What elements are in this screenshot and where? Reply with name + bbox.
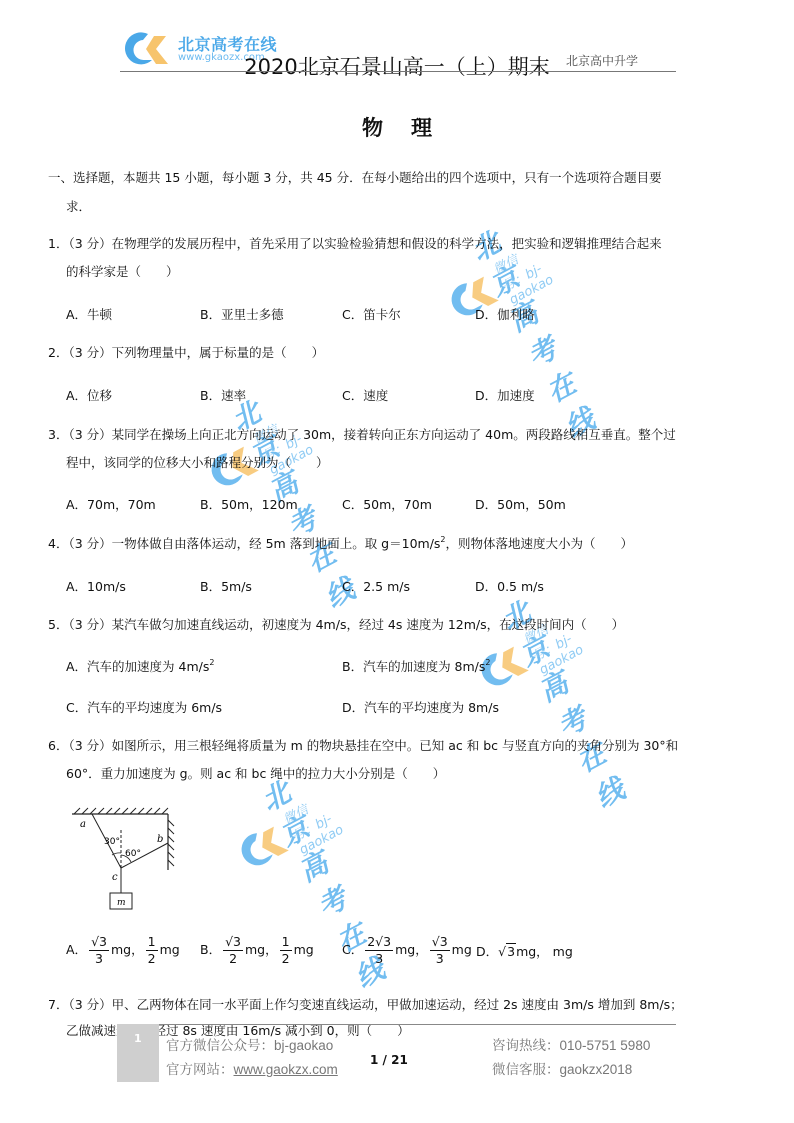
watermark-subtitle: 微信号：bj-gaokao — [279, 789, 346, 858]
question-5-text: 5．（3 分）某汽车做匀加速直线运动，初速度为 4m/s，经过 4s 速度为 1… — [48, 617, 624, 633]
numerator: √3 — [223, 934, 243, 951]
option-suffix: mg — [294, 942, 314, 957]
brand-right-text: 北京高中升学 — [566, 52, 638, 69]
footer-service: 微信客服：gaokzx2018 — [492, 1058, 632, 1078]
option-suffix: mg — [452, 942, 472, 957]
numerator: 1 — [146, 934, 158, 951]
question-5-option-c[interactable]: C．汽车的平均速度为 6m/s — [66, 698, 222, 716]
option-prefix: A． — [66, 942, 87, 957]
option-mid: mg， — [245, 942, 278, 957]
question-4-text-b: ，则物体落地速度大小为（ ） — [446, 536, 634, 551]
website-link[interactable]: www.gaokzx.com — [234, 1062, 338, 1077]
question-3-option-d[interactable]: D．50m，50m — [475, 495, 566, 513]
question-6-option-a[interactable]: A．√33mg，12mg — [66, 934, 180, 967]
question-2-text: 2．（3 分）下列物理量中，属于标量的是（ ） — [48, 345, 324, 361]
angle-60: 60° — [125, 849, 141, 859]
page-tab-number: 1 — [134, 1032, 142, 1045]
option-prefix: D． — [476, 944, 498, 959]
question-1-option-d[interactable]: D．伽利略 — [475, 305, 535, 323]
section-instructions-cont: 求． — [66, 199, 91, 215]
option-text: A．汽车的加速度为 4m/s — [66, 659, 209, 674]
question-1-option-c[interactable]: C．笛卡尔 — [342, 305, 401, 323]
numerator: 1 — [280, 934, 292, 951]
question-7-text: 7．（3 分）甲、乙两物体在同一水平面上作匀变速直线运动，甲做加速运动，经过 2… — [48, 997, 683, 1013]
section-instructions: 一、选择题，本题共 15 小题，每小题 3 分，共 45 分．在每小题给出的四个… — [48, 170, 662, 186]
question-4-text: 4．（3 分）一物体做自由落体运动，经 5m 落到地面上。取 g＝10m/s2，… — [48, 536, 633, 552]
question-2-option-a[interactable]: A．位移 — [66, 386, 112, 404]
question-4-option-d[interactable]: D．0.5 m/s — [475, 577, 544, 595]
numerator: 2√3 — [365, 934, 393, 951]
question-4-text-a: 4．（3 分）一物体做自由落体运动，经 5m 落到地面上。取 g＝10m/s — [48, 536, 440, 551]
question-1-text-cont: 的科学家是（ ） — [66, 264, 179, 280]
mass-label: m — [117, 898, 126, 908]
question-1-text: 1．（3 分）在物理学的发展历程中，首先采用了以实验检验猜想和假设的科学方法，把… — [48, 236, 662, 252]
denominator: 3 — [430, 951, 450, 967]
question-4-option-c[interactable]: C．2.5 m/s — [342, 577, 410, 595]
question-3-text-cont: 程中，该同学的位移大小和路程分别为（ ） — [66, 455, 329, 471]
option-text: B．汽车的加速度为 8m/s — [342, 659, 485, 674]
question-1-option-a[interactable]: A．牛顿 — [66, 305, 112, 323]
question-6-text-cont: 60°．重力加速度为 g。则 ac 和 bc 绳中的拉力大小分别是（ ） — [66, 766, 445, 782]
denominator: 2 — [146, 951, 158, 967]
fraction: √32 — [223, 934, 243, 967]
option-text: mg， mg — [516, 944, 573, 959]
superscript: 2 — [209, 658, 214, 667]
page-tab: 1 — [117, 1024, 159, 1082]
denominator: 3 — [89, 951, 109, 967]
page-number: 1 / 21 — [370, 1053, 408, 1067]
subject-title: 物理 — [0, 112, 794, 142]
question-5-option-a[interactable]: A．汽车的加速度为 4m/s2 — [66, 657, 214, 675]
fraction: 12 — [146, 934, 158, 967]
option-prefix: B． — [200, 942, 221, 957]
question-1-option-b[interactable]: B．亚里士多德 — [200, 305, 284, 323]
footer-wechat-account: 官方微信公众号：bj-gaokao — [166, 1034, 333, 1054]
question-2-option-d[interactable]: D．加速度 — [475, 386, 535, 404]
radicand: 3 — [506, 943, 516, 959]
header-divider — [120, 71, 676, 72]
question-6-option-b[interactable]: B．√32mg，12mg — [200, 934, 314, 967]
question-3-option-b[interactable]: B．50m，120m — [200, 495, 298, 513]
rope-diagram-figure: a b c 30° 60° m — [60, 800, 190, 915]
question-2-option-c[interactable]: C．速度 — [342, 386, 388, 404]
denominator: 2 — [280, 951, 292, 967]
question-6-option-d[interactable]: D．√3mg， mg — [476, 942, 573, 960]
label-b: b — [157, 834, 163, 845]
numerator: √3 — [89, 934, 109, 951]
footer-website: 官方网站：www.gaokzx.com — [166, 1058, 338, 1078]
denominator: 2 — [223, 951, 243, 967]
question-3-option-c[interactable]: C．50m，70m — [342, 495, 432, 513]
numerator: √3 — [430, 934, 450, 951]
website-label: 官方网站： — [166, 1062, 234, 1077]
question-3-option-a[interactable]: A．70m，70m — [66, 495, 156, 513]
watermark-title: 北京高考在线 — [464, 221, 601, 446]
footer-divider — [120, 1024, 676, 1025]
denominator: 3 — [365, 951, 393, 967]
fraction: √33 — [430, 934, 450, 967]
question-6-option-c[interactable]: C．2√33mg，√33mg — [342, 934, 472, 967]
question-5-option-b[interactable]: B．汽车的加速度为 8m/s2 — [342, 657, 491, 675]
fraction: 2√33 — [365, 934, 393, 967]
gk-logo-icon — [228, 815, 300, 878]
label-a: a — [80, 819, 86, 830]
question-6-text: 6．（3 分）如图所示，用三根轻绳将质量为 m 的物块悬挂在空中。已知 ac 和… — [48, 738, 678, 754]
option-suffix: mg — [160, 942, 180, 957]
question-5-option-d[interactable]: D．汽车的平均速度为 8m/s — [342, 698, 499, 716]
fraction: √33 — [89, 934, 109, 967]
footer-hotline: 咨询热线：010-5751 5980 — [492, 1034, 650, 1054]
question-2-option-b[interactable]: B．速率 — [200, 386, 246, 404]
label-c: c — [112, 872, 118, 883]
question-4-option-a[interactable]: A．10m/s — [66, 577, 126, 595]
question-3-text: 3．（3 分）某同学在操场上向正北方向运动了 30m，接着转向正东方向运动了 4… — [48, 427, 676, 443]
option-mid: mg， — [111, 942, 144, 957]
option-mid: mg， — [395, 942, 428, 957]
document-title: 2020北京石景山高一（上）期末 — [0, 51, 794, 81]
square-root: √3 — [498, 944, 516, 959]
question-4-option-b[interactable]: B．5m/s — [200, 577, 252, 595]
angle-30: 30° — [104, 837, 120, 847]
superscript: 2 — [485, 658, 490, 667]
option-prefix: C． — [342, 942, 363, 957]
fraction: 12 — [280, 934, 292, 967]
